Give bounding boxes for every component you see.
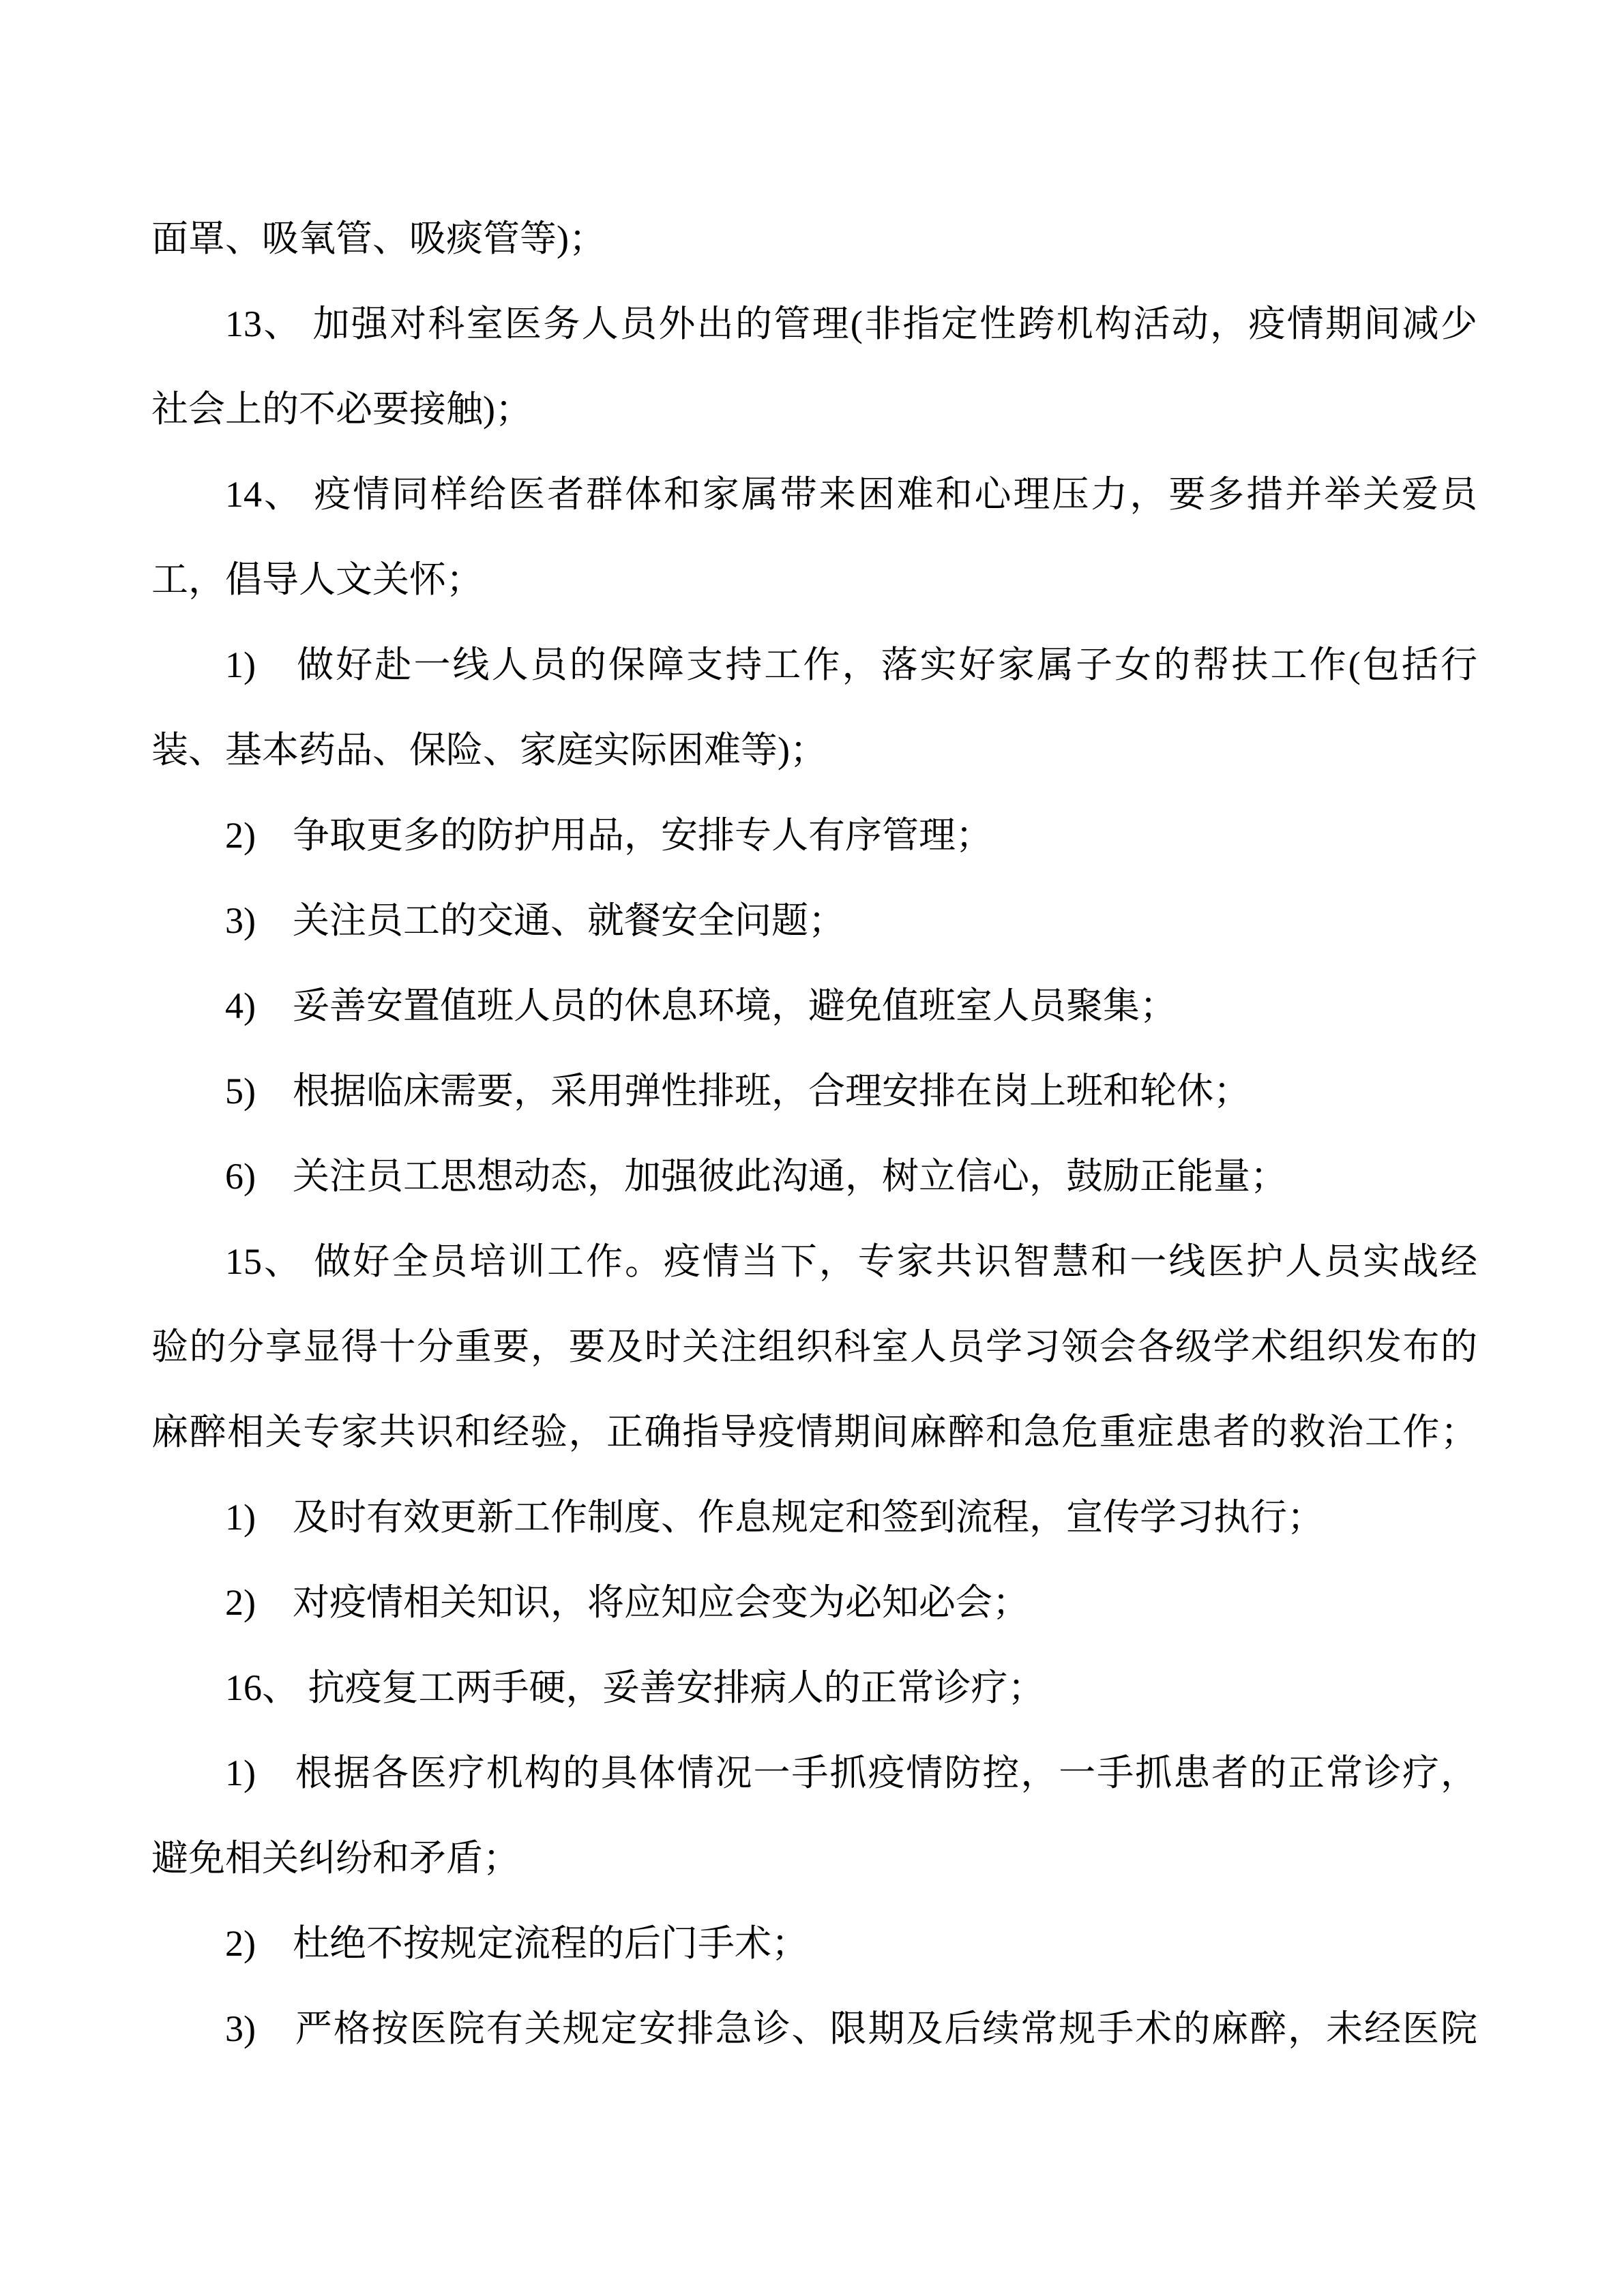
text-line: 3) 严格按医院有关规定安排急诊、限期及后续常规手术的麻醉，未经医院 [151, 1986, 1477, 2072]
text-line: 14、 疫情同样给医者群体和家属带来困难和心理压力，要多措并举关爱员 [151, 452, 1477, 537]
text-line: 1) 根据各医疗机构的具体情况一手抓疫情防控，一手抓患者的正常诊疗， [151, 1731, 1477, 1816]
text-line: 5) 根据临床需要，采用弹性排班，合理安排在岗上班和轮休； [151, 1049, 1477, 1134]
text-line: 3) 关注员工的交通、就餐安全问题； [151, 878, 1477, 964]
text-line: 面罩、吸氧管、吸痰管等)； [151, 196, 1477, 282]
text-line: 16、 抗疫复工两手硬，妥善安排病人的正常诊疗； [151, 1645, 1477, 1731]
document-page: 面罩、吸氧管、吸痰管等)； 13、 加强对科室医务人员外出的管理(非指定性跨机构… [151, 196, 1477, 2072]
text-line: 装、基本药品、保险、家庭实际困难等)； [151, 708, 1477, 793]
text-line: 1) 做好赴一线人员的保障支持工作，落实好家属子女的帮扶工作(包括行 [151, 623, 1477, 708]
text-line: 工，倡导人文关怀； [151, 537, 1477, 623]
text-line: 2) 对疫情相关知识，将应知应会变为必知必会； [151, 1560, 1477, 1645]
text-line: 2) 争取更多的防护用品，安排专人有序管理； [151, 793, 1477, 878]
text-line: 避免相关纠纷和矛盾； [151, 1816, 1477, 1901]
text-line: 15、 做好全员培训工作。疫情当下，专家共识智慧和一线医护人员实战经 [151, 1219, 1477, 1304]
text-line: 社会上的不必要接触)； [151, 367, 1477, 452]
text-line: 麻醉相关专家共识和经验，正确指导疫情期间麻醉和急危重症患者的救治工作； [151, 1390, 1477, 1475]
text-line: 6) 关注员工思想动态，加强彼此沟通，树立信心，鼓励正能量； [151, 1134, 1477, 1219]
text-line: 13、 加强对科室医务人员外出的管理(非指定性跨机构活动，疫情期间减少 [151, 282, 1477, 367]
text-line: 验的分享显得十分重要，要及时关注组织科室人员学习领会各级学术组织发布的 [151, 1304, 1477, 1390]
text-line: 1) 及时有效更新工作制度、作息规定和签到流程，宣传学习执行； [151, 1475, 1477, 1560]
text-line: 2) 杜绝不按规定流程的后门手术； [151, 1901, 1477, 1986]
text-line: 4) 妥善安置值班人员的休息环境，避免值班室人员聚集； [151, 964, 1477, 1049]
